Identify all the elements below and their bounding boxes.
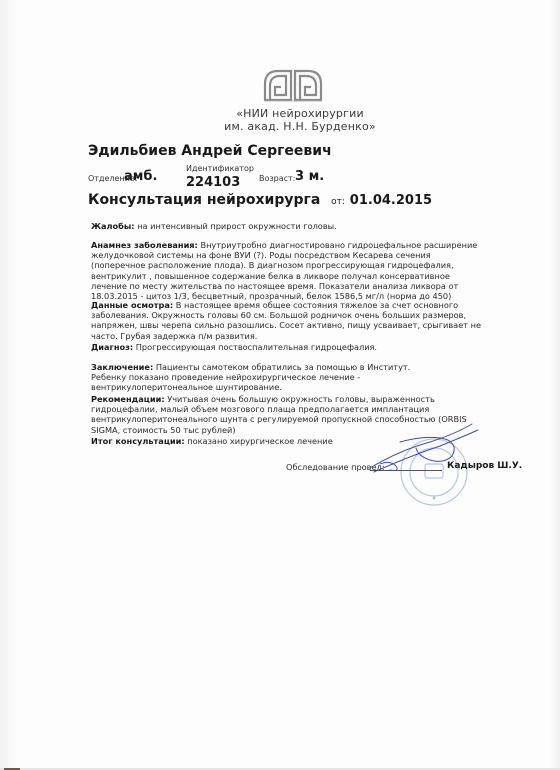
section-diagnosis: Диагноз: Прогрессирующая поствоспалитель… <box>91 342 481 352</box>
section-examination: Данные осмотра: В настоящее время общее … <box>91 300 481 341</box>
diagnosis-label: Диагноз: <box>91 342 133 352</box>
consultation-title: Консультация нейрохирурга <box>88 192 320 208</box>
identifier-value: 224103 <box>186 175 240 190</box>
identifier-label: Идентификатор <box>186 164 254 173</box>
section-complaints: Жалобы: на интенсивный прирост окружност… <box>91 221 481 231</box>
consultation-date-label: от: <box>331 197 345 207</box>
conclusion-text-line-1: Пациенты самотеком обратились за помощью… <box>156 362 410 372</box>
result-label: Итог консультации: <box>91 436 185 446</box>
scan-shadow-left <box>0 0 18 770</box>
examination-label: Данные осмотра: <box>91 300 173 310</box>
patient-name: Эдильбиев Андрей Сергеевич <box>88 143 332 159</box>
consultation-date: 01.04.2015 <box>350 193 432 208</box>
section-anamnesis: Анамнез заболевания: Внутриутробно диагн… <box>91 240 481 301</box>
department-value: амб. <box>124 169 157 184</box>
scan-shadow-right <box>550 0 560 770</box>
anamnesis-label: Анамнез заболевания: <box>91 240 198 250</box>
recommendations-label: Рекомендации: <box>91 394 165 404</box>
age-label: Возраст: <box>259 174 295 183</box>
institute-name: «НИИ нейрохирургии им. акад. Н.Н. Бурден… <box>190 107 410 133</box>
document-page: «НИИ нейрохирургии им. акад. Н.Н. Бурден… <box>0 0 560 770</box>
complaints-text: на интенсивный прирост окружности головы… <box>137 221 337 231</box>
institute-line-2: им. акад. Н.Н. Бурденко» <box>190 120 410 133</box>
conclusion-text-line-2: Ребенку показано проведение нейрохирурги… <box>91 372 481 392</box>
section-conclusion: Заключение: Пациенты самотеком обратилис… <box>91 362 481 393</box>
conclusion-label: Заключение: <box>91 362 153 372</box>
nii-neurosurgery-logo-icon <box>262 68 324 102</box>
diagnosis-text: Прогрессирующая поствоспалительная гидро… <box>136 342 377 352</box>
consultation-heading: Консультация нейрохирурга от: 01.04.2015 <box>88 192 432 208</box>
institute-line-1: «НИИ нейрохирургии <box>190 107 410 120</box>
complaints-label: Жалобы: <box>91 221 135 231</box>
age-value: 3 м. <box>295 169 324 184</box>
handwritten-signature-icon <box>360 420 480 480</box>
result-text: показано хирургическое лечение <box>187 436 333 446</box>
